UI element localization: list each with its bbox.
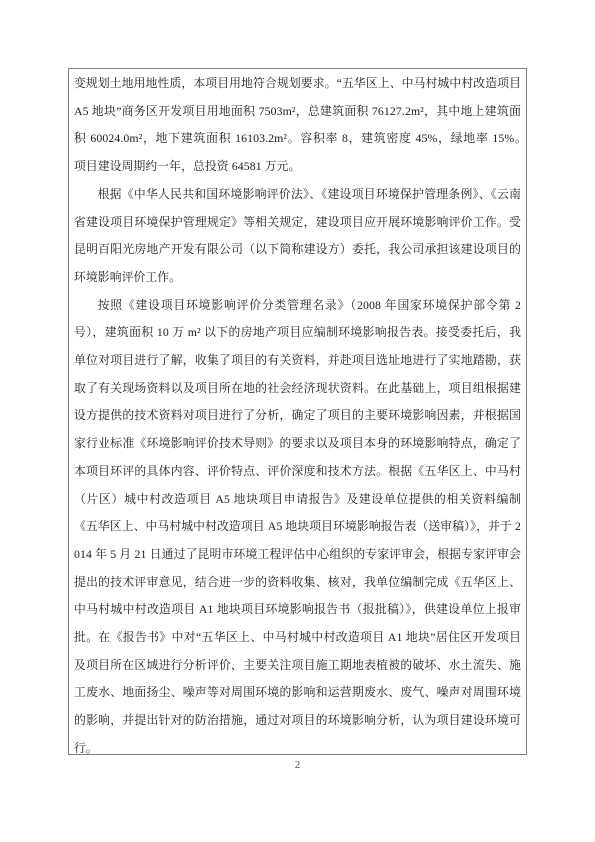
- page-number: 2: [0, 760, 595, 771]
- paragraph-legal-basis: 根据《中华人民共和国环境影响评价法》、《建设项目环境保护管理条例》、《云南省建设…: [74, 181, 521, 292]
- content-cell: 变规划土地用地性质，本项目用地符合规划要求。“五华区上、中马村城中村改造项目 A…: [68, 68, 527, 755]
- paragraph-project-overview: 变规划土地用地性质，本项目用地符合规划要求。“五华区上、中马村城中村改造项目 A…: [74, 70, 521, 181]
- document-page: 变规划土地用地性质，本项目用地符合规划要求。“五华区上、中马村城中村改造项目 A…: [0, 0, 595, 842]
- paragraph-assessment-process: 按照《建设项目环境影响评价分类管理名录》（2008 年国家环境保护部令第 2 号…: [74, 292, 521, 755]
